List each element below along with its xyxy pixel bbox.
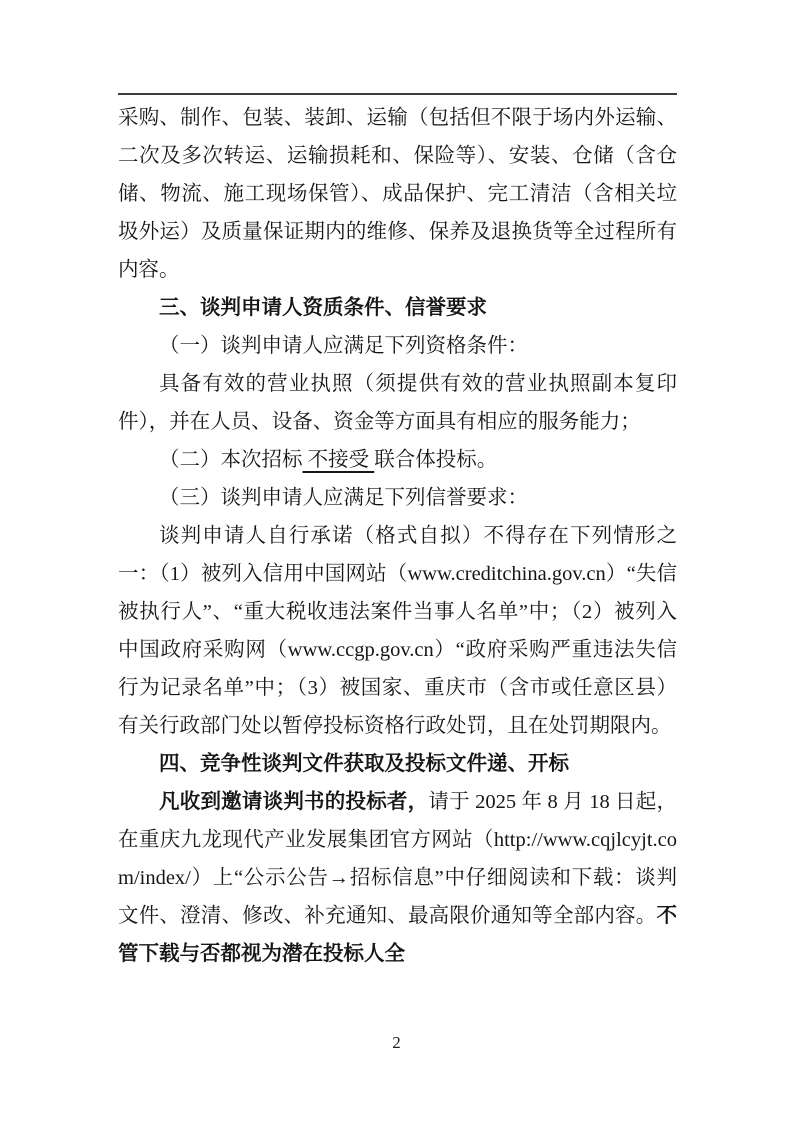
item-3-2: （二）本次招标 不接受 联合体投标。 — [118, 441, 677, 479]
credit-paragraph: 谈判申请人自行承诺（格式自拟）不得存在下列情形之一：（1）被列入信用中国网站（w… — [118, 517, 677, 745]
document-body: 采购、制作、包装、装卸、运输（包括但不限于场内外运输、二次及多次转运、运输损耗和… — [118, 99, 677, 973]
heading-text: 四、竞争性谈判文件获取及投标文件递、开标 — [159, 753, 569, 775]
page-number: 2 — [0, 1031, 793, 1055]
header-rule — [118, 93, 677, 95]
paragraph-text: 谈判申请人自行承诺（格式自拟）不得存在下列情形之一：（1）被列入信用中国网站（w… — [118, 525, 677, 737]
paragraph-text: （二）本次招标 — [159, 449, 303, 471]
paragraph-text: （三）谈判申请人应满足下列信誉要求： — [159, 487, 528, 509]
qualification-paragraph: 具备有效的营业执照（须提供有效的营业执照副本复印件），并在人员、设备、资金等方面… — [118, 365, 677, 441]
item-3-3: （三）谈判申请人应满足下列信誉要求： — [118, 479, 677, 517]
item-3-1: （一）谈判申请人应满足下列资格条件： — [118, 327, 677, 365]
heading-text: 三、谈判申请人资质条件、信誉要求 — [159, 297, 487, 319]
paragraph-continuation: 采购、制作、包装、装卸、运输（包括但不限于场内外运输、二次及多次转运、运输损耗和… — [118, 99, 677, 289]
document-page: 采购、制作、包装、装卸、运输（包括但不限于场内外运输、二次及多次转运、运输损耗和… — [0, 0, 793, 1122]
paragraph-text: 联合体投标。 — [374, 449, 497, 471]
section-3-heading: 三、谈判申请人资质条件、信誉要求 — [118, 289, 677, 327]
acquisition-paragraph: 凡收到邀请谈判书的投标者，请于 2025 年 8 月 18 日起，在重庆九龙现代… — [118, 783, 677, 973]
underlined-term: 不接受 — [303, 449, 375, 471]
paragraph-text: 具备有效的营业执照（须提供有效的营业执照副本复印件），并在人员、设备、资金等方面… — [118, 373, 677, 433]
paragraph-text: （一）谈判申请人应满足下列资格条件： — [159, 335, 528, 357]
bold-lead-text: 凡收到邀请谈判书的投标者， — [159, 791, 428, 813]
section-4-heading: 四、竞争性谈判文件获取及投标文件递、开标 — [118, 745, 677, 783]
paragraph-text: 采购、制作、包装、装卸、运输（包括但不限于场内外运输、二次及多次转运、运输损耗和… — [118, 107, 677, 281]
